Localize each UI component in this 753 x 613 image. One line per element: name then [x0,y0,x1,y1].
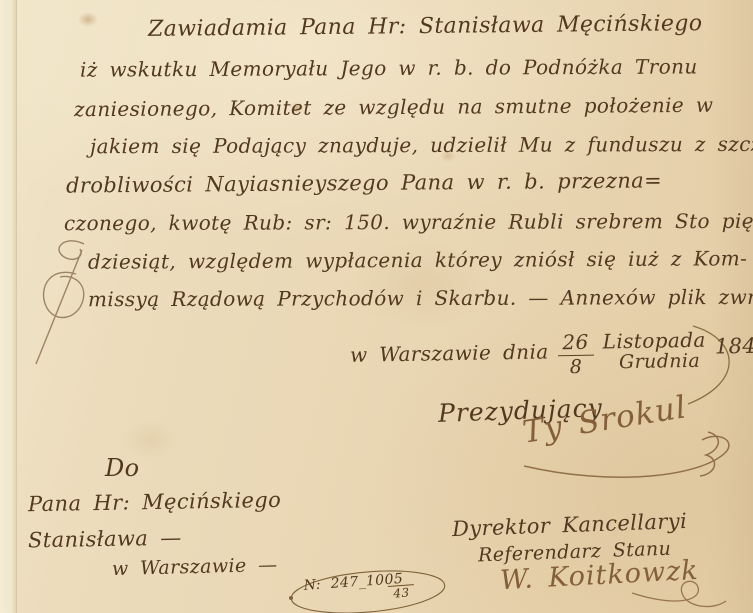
body-line-1: Zawiadamia Pana Hr: Stanisława Męcińskie… [148,11,703,42]
body-line-5: drobliwości Nayiasnieyszego Pana w r. b.… [66,168,662,197]
dateline-months: Listopada Grudnia [602,328,706,374]
manuscript-page: Zawiadamia Pana Hr: Stanisława Męcińskie… [0,0,753,613]
body-line-6: czonego, kwotę Rub: sr: 150. wyraźnie Ru… [64,209,753,236]
address-city: w Warszawie — [112,554,278,580]
margin-paraph-mark [36,241,84,364]
official-title-line1: Dyrektor Kancellaryi [452,509,688,541]
paper-left-edge [0,0,17,613]
paper-stain [78,12,98,27]
dateline-day-fraction: 26 8 [557,330,594,379]
body-line-8: missyą Rządową Przychodów i Skarbu. — An… [88,285,753,311]
body-line-7: dziesiąt, względem wypłacenia którey zni… [88,246,747,273]
dateline: w Warszawie dnia 26 8 Listopada Grudnia … [350,326,753,382]
day-julian: 26 [557,330,594,357]
address-first-name: Stanisława — [28,526,182,553]
body-line-3: zaniesionego, Komitet ze względu na smut… [74,93,714,121]
dateline-year: 1843 r. [715,326,753,358]
body-line-2: iż wskutku Memoryału Jego w r. b. do Pod… [80,54,698,81]
dateline-place: w Warszawie dnia [350,330,549,366]
address-salutation: Do [105,454,140,482]
body-line-4: jakiem się Podający znayduje, udzielił M… [90,132,753,158]
month-gregorian: Grudnia [619,350,706,374]
reference-number-block: N: 247_1005 43 [303,570,415,607]
address-name: Pana Hr: Męcińskiego [28,488,282,516]
day-gregorian: 8 [570,356,583,378]
